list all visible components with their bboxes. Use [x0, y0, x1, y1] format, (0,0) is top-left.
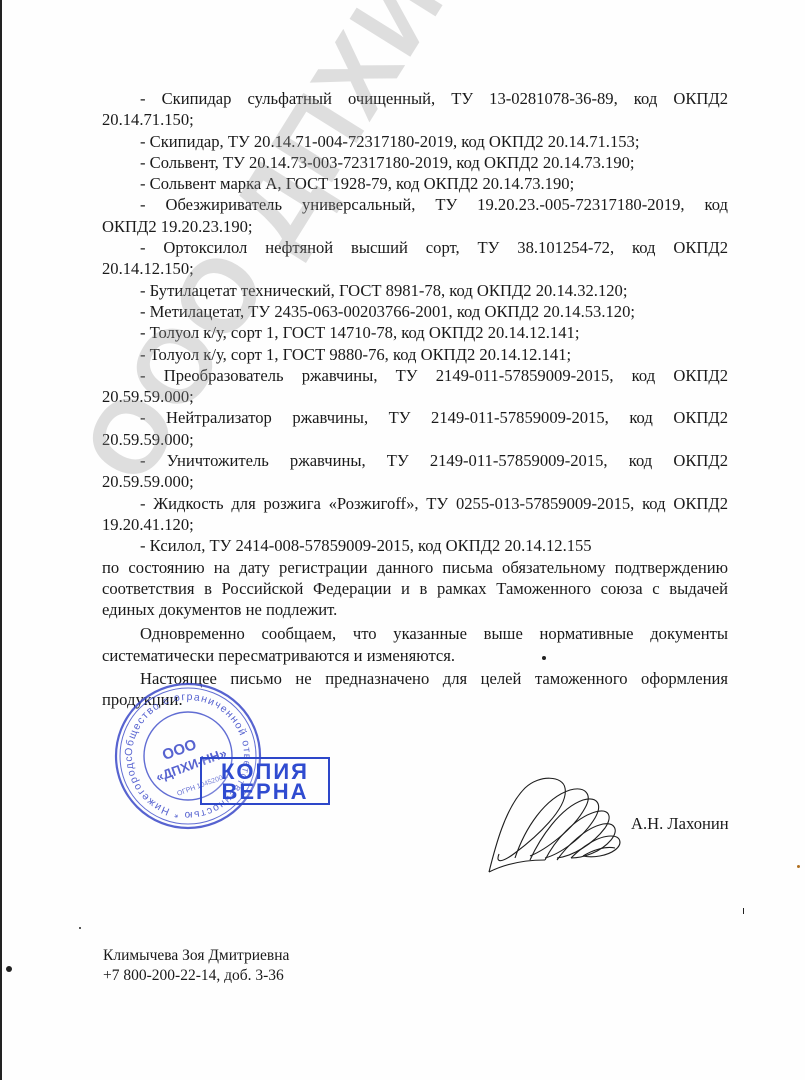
list-item-continuation: 19.20.41.120;: [102, 515, 194, 534]
list-item-text: - Уничтожитель ржавчины, ТУ 2149-011-578…: [102, 450, 728, 471]
list-item: - Сольвент марка А, ГОСТ 1928-79, код ОК…: [102, 173, 728, 194]
list-item: - Ортоксилол нефтяной высший сорт, ТУ 38…: [102, 237, 728, 280]
list-item-text: - Толуол к/у, сорт 1, ГОСТ 14710-78, код…: [102, 322, 728, 343]
list-item-text: - Метилацетат, ТУ 2435-063-00203766-2001…: [102, 301, 728, 322]
list-item-text: - Преобразователь ржавчины, ТУ 2149-011-…: [102, 365, 728, 386]
list-item: - Метилацетат, ТУ 2435-063-00203766-2001…: [102, 301, 728, 322]
contact-person: Климычева Зоя Дмитриевна: [103, 946, 289, 966]
signature-icon: [485, 768, 635, 878]
list-item: - Скипидар, ТУ 20.14.71-004-72317180-201…: [102, 131, 728, 152]
list-item-continuation: 20.14.71.150;: [102, 110, 194, 129]
list-item: - Скипидар сульфатный очищенный, ТУ 13-0…: [102, 88, 728, 131]
notice-paragraph: Одновременно сообщаем, что указанные выш…: [102, 623, 728, 666]
signer-name: А.Н. Лахонин: [631, 814, 729, 834]
contact-block: Климычева Зоя Дмитриевна +7 800-200-22-1…: [103, 946, 289, 986]
document-page: - Скипидар сульфатный очищенный, ТУ 13-0…: [0, 0, 805, 1080]
copy-verified-stamp: КОПИЯ ВЕРНА: [200, 757, 330, 805]
list-item-text: - Жидкость для розжига «Розжигоff», ТУ 0…: [102, 493, 728, 514]
scan-speck: [797, 865, 800, 868]
list-item: - Бутилацетат технический, ГОСТ 8981-78,…: [102, 280, 728, 301]
list-item-continuation: 20.59.59.000;: [102, 472, 194, 491]
list-item-text: - Сольвент, ТУ 20.14.73-003-72317180-201…: [102, 152, 728, 173]
list-item-continuation: 20.14.12.150;: [102, 259, 194, 278]
list-item: - Преобразователь ржавчины, ТУ 2149-011-…: [102, 365, 728, 408]
contact-phone: +7 800-200-22-14, доб. 3-36: [103, 966, 289, 986]
list-item: - Сольвент, ТУ 20.14.73-003-72317180-201…: [102, 152, 728, 173]
company-seal-icon: Общество с ограниченной ответственностью…: [112, 680, 264, 832]
list-item: - Уничтожитель ржавчины, ТУ 2149-011-578…: [102, 450, 728, 493]
letter-body: - Скипидар сульфатный очищенный, ТУ 13-0…: [102, 88, 728, 711]
scan-speck: [6, 966, 12, 972]
list-item-text: - Скипидар, ТУ 20.14.71-004-72317180-201…: [102, 131, 728, 152]
list-item-text: - Скипидар сульфатный очищенный, ТУ 13-0…: [102, 88, 728, 109]
scan-edge: [0, 0, 2, 1080]
stamp-line-2: ВЕРНА: [202, 782, 328, 802]
list-item: - Жидкость для розжига «Розжигоff», ТУ 0…: [102, 493, 728, 536]
list-item: - Толуол к/у, сорт 1, ГОСТ 14710-78, код…: [102, 322, 728, 343]
list-item-text: - Бутилацетат технический, ГОСТ 8981-78,…: [102, 280, 728, 301]
list-item: - Ксилол, ТУ 2414-008-57859009-2015, код…: [102, 535, 728, 556]
scan-speck: [542, 656, 546, 660]
conclusion-paragraph: по состоянию на дату регистрации данного…: [102, 557, 728, 621]
list-item-text: - Обезжириватель универсальный, ТУ 19.20…: [102, 194, 728, 215]
list-item-text: - Сольвент марка А, ГОСТ 1928-79, код ОК…: [102, 173, 728, 194]
list-item-continuation: 20.59.59.000;: [102, 387, 194, 406]
list-item: - Нейтрализатор ржавчины, ТУ 2149-011-57…: [102, 407, 728, 450]
list-item-continuation: ОКПД2 19.20.23.190;: [102, 217, 253, 236]
list-item: - Толуол к/у, сорт 1, ГОСТ 9880-76, код …: [102, 344, 728, 365]
list-item: - Обезжириватель универсальный, ТУ 19.20…: [102, 194, 728, 237]
list-item-text: - Толуол к/у, сорт 1, ГОСТ 9880-76, код …: [102, 344, 728, 365]
scan-speck: [79, 927, 81, 929]
list-item-text: - Нейтрализатор ржавчины, ТУ 2149-011-57…: [102, 407, 728, 428]
list-item-continuation: 20.59.59.000;: [102, 430, 194, 449]
list-item-text: - Ортоксилол нефтяной высший сорт, ТУ 38…: [102, 237, 728, 258]
scan-speck: [743, 908, 744, 914]
list-item-text: - Ксилол, ТУ 2414-008-57859009-2015, код…: [102, 535, 728, 556]
